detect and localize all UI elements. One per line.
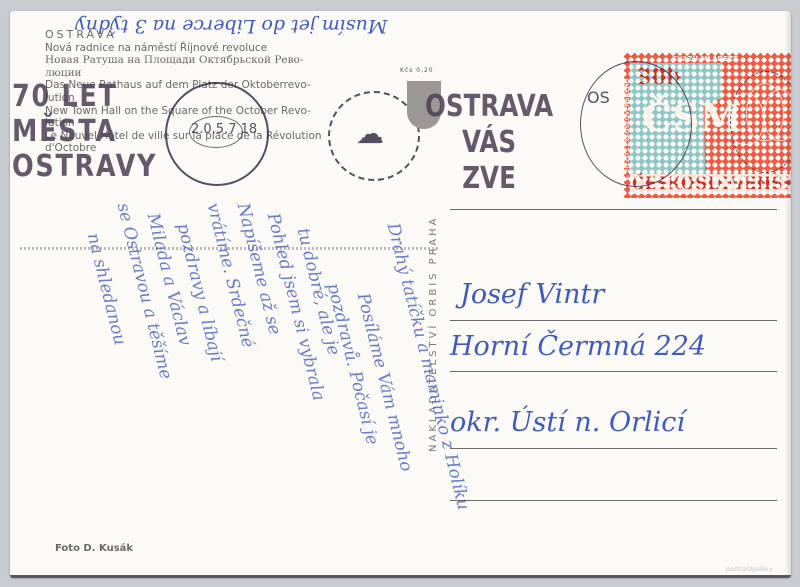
top-note: Musím jet do Liberce na 3 týdny xyxy=(75,15,387,37)
address-line xyxy=(450,371,777,372)
recipient-district: okr. Ústí n. Orlicí xyxy=(450,407,685,438)
caption-line: люции xyxy=(45,67,322,80)
card-edge-shadow xyxy=(10,575,791,578)
postcard-back: OSTRAVA Nová radnice na náměstí Říjnové … xyxy=(10,11,791,577)
stamp-top-text: SVAZU MLÁDEŽE xyxy=(672,55,738,63)
caption-line: Новая Ратуша на Площади Октябрьской Рево… xyxy=(45,54,322,67)
slogan-line: OSTRAVY xyxy=(12,149,157,184)
watermark: postcardgallery xyxy=(726,566,773,573)
postmark-date: 2.0.5.7 18 xyxy=(191,122,257,137)
photo-credit: Foto D. Kusák xyxy=(55,543,133,554)
recipient-street: Horní Čermná 224 xyxy=(450,331,706,362)
slogan-line: VÁS xyxy=(425,125,553,161)
address-line xyxy=(450,500,777,501)
slogan-line: ZVE xyxy=(425,161,553,197)
address-line xyxy=(450,209,777,210)
recipient-name: Josef Vintr xyxy=(460,279,604,310)
postmark-city-fragment: OS xyxy=(587,88,610,107)
caption-line: Nová radnice na náměstí Říjnové revoluce xyxy=(45,42,322,55)
cancel-emblem-icon: ☁ xyxy=(356,117,384,150)
postmark-circle: 2.0.5.7 18 xyxy=(165,82,269,186)
cancellation-slogan-left: 70 LET MĚSTA OSTRAVY xyxy=(12,79,157,184)
slogan-line: 70 LET xyxy=(12,79,157,114)
address-line xyxy=(450,320,777,321)
machine-value-label: Kčs 0,20 xyxy=(400,67,434,74)
slogan-line: OSTRAVA xyxy=(425,89,553,125)
slogan-line: MĚSTA xyxy=(12,114,157,149)
cancellation-slogan-right: OSTRAVA VÁS ZVE xyxy=(425,89,553,197)
stamp-postmark: OS xyxy=(580,61,692,187)
address-line xyxy=(450,448,777,449)
